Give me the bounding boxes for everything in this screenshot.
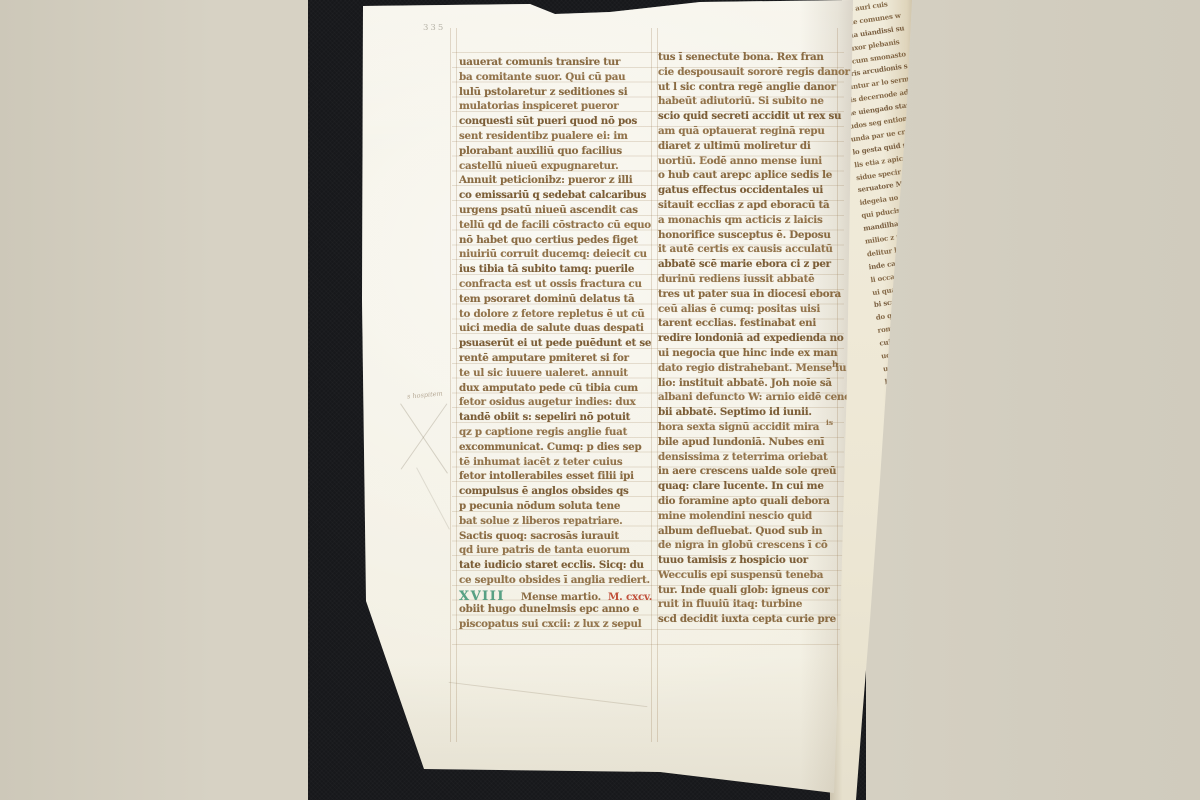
marginal-correction-mark: h: [832, 360, 838, 370]
manuscript-text-line: album defluebat. Quod sub in: [658, 524, 839, 539]
margin-scratch-mark: [400, 403, 448, 473]
manuscript-text-line: scio quid secreti accidit ut rex su: [658, 109, 839, 124]
facing-page-line: uenia del infami: [882, 345, 1013, 376]
facing-page-line: fessio directum: [909, 537, 1040, 568]
manuscript-text-line: diaret z ultimū moliretur di: [658, 139, 839, 154]
facing-page-line: uina cur euise: [906, 511, 1037, 542]
facing-page-line: la qua odut z ne: [897, 447, 1028, 478]
manuscript-text-line: ceū alias ē cumq: positas uisi: [658, 302, 839, 317]
facing-page-text: serpe auri cuissolute comunes wperua uia…: [832, 0, 1050, 644]
facing-page-line: len ouidey que: [911, 550, 1042, 581]
manuscript-text-line: ut l sic contra regē anglie danor: [658, 80, 839, 95]
manuscript-text-line: habeūt adiutoriū. Si subito ne: [658, 94, 839, 109]
manuscript-text-line: albani defuncto W: arnio eidē ceno: [658, 390, 839, 405]
facing-page-line: eou perimus qu: [916, 588, 1047, 619]
manuscript-text-line: densissima z teterrima oriebat: [658, 450, 839, 465]
manuscript-text-line: dio foramine apto quali debora: [658, 494, 839, 509]
facing-page-line: bora aqua mun: [915, 575, 1046, 606]
manuscript-text-line: honorifice susceptus ē. Deposu: [658, 228, 839, 243]
ruling-line-vertical: [456, 28, 457, 742]
manuscript-text-line: bile apud lundoniā. Nubes enī: [658, 435, 839, 450]
manuscript-text-line: sent residentibz pualere ei: im: [459, 129, 652, 144]
text-column-right: tus ī senectute bona. Rex francie despou…: [658, 50, 839, 627]
manuscript-text-line: ius tibia tā subito tamq: puerile: [459, 262, 652, 277]
left-column-text: uauerat comunis transire turba comitante…: [459, 55, 652, 588]
manuscript-text-line: uortiū. Eodē anno mense iuni: [658, 154, 839, 169]
manuscript-text-line: te ul sic iuuere ualeret. annuit: [459, 366, 652, 381]
manuscript-photo: serpe auri cuissolute comunes wperua uia…: [0, 0, 1200, 800]
manuscript-text-line: uauerat comunis transire tur: [459, 55, 652, 70]
facing-page-line: lem ouidentr qu: [891, 409, 1022, 440]
manuscript-text-line: tres ut pater sua in diocesi ebora: [658, 287, 839, 302]
rubric-month: Mense martio.: [521, 591, 601, 603]
manuscript-text-line: qd iure patris de tanta euorum: [459, 543, 652, 558]
facing-page-line: uor plurimo z d: [904, 499, 1035, 530]
facing-page-line: ta quidi cega: [918, 601, 1049, 632]
manuscript-text-line: co emissariū q sedebat calcaribus: [459, 188, 652, 203]
manuscript-text-line: ce sepulto obsides ī anglia rediert.: [459, 573, 652, 588]
manuscript-text-line: sitauit ecclias z apd eboracū tā: [658, 198, 839, 213]
facing-page-line: cuidis eccie z pic: [879, 320, 1010, 351]
folio-number: 335: [423, 23, 445, 33]
manuscript-text-line: rentē amputare pmiteret si for: [459, 351, 652, 366]
facing-page-line: terio directum e: [889, 396, 1020, 427]
rubric-year: M. cxcv.: [608, 591, 652, 603]
manuscript-text-line: cie despousauit sororē regis danor: [658, 65, 839, 80]
manuscript-text-line: bat solue z liberos repatriare.: [459, 514, 652, 529]
margin-scratch-mark: [416, 467, 450, 529]
manuscript-text-line: excommunicat. Cumq: p dies sep: [459, 440, 652, 455]
facing-page-line: uces cuido z quo: [880, 333, 1011, 364]
manuscript-text-line: mine molendini nescio quid: [658, 509, 839, 524]
manuscript-text-line: lulū pstolaretur z seditiones si: [459, 85, 652, 100]
manuscript-text-line: obiit hugo dunelmsis epc anno e: [459, 602, 652, 617]
manuscript-text-line: ui negocia que hinc inde ex man: [658, 346, 839, 361]
manuscript-text-line: tur. Inde quali glob: igneus cor: [658, 583, 839, 598]
manuscript-text-line: castellū niueū expugnaretur.: [459, 159, 652, 174]
facing-page-line: uina cum euise: [886, 371, 1017, 402]
margin-annotation: s hospitem: [407, 389, 443, 400]
manuscript-text-line: bii abbatē. Septimo id iunii.: [658, 405, 839, 420]
rubric-line: XVIIIMense martio.M. cxcv.: [459, 588, 652, 603]
manuscript-text-line: durinū rediens iussit abbatē: [658, 272, 839, 287]
manuscript-text-line: scd decidit iuxta cepta curie pre: [658, 612, 839, 627]
manuscript-text-line: piscopatus sui cxcii: z lux z sepul: [459, 617, 652, 632]
manuscript-text-line: o hub caut arepc aplice sedis le: [658, 168, 839, 183]
manuscript-text-line: urgens psatū niueū ascendit cas: [459, 203, 652, 218]
manuscript-text-line: gatus effectus occidentales ui: [658, 183, 839, 198]
manuscript-text-line: quaq: clare lucente. In cui me: [658, 479, 839, 494]
right-column-text: tus ī senectute bona. Rex francie despou…: [658, 50, 839, 627]
manuscript-text-line: fetor osidus augetur indies: dux: [459, 395, 652, 410]
manuscript-text-line: in aere crescens ualde sole qreū: [658, 464, 839, 479]
manuscript-text-line: p pecunia nōdum soluta tene: [459, 499, 652, 514]
manuscript-text-line: hora sexta signū accidit mira: [658, 420, 839, 435]
parchment-crease: [449, 682, 648, 707]
manuscript-text-line: compulsus ē anglos obsides qs: [459, 484, 652, 499]
manuscript-text-line: dux amputato pede cū tibia cum: [459, 381, 652, 396]
facing-page-line: bis plurimū z do: [884, 358, 1015, 389]
manuscript-text-line: fetor intollerabiles esset filii ipi: [459, 469, 652, 484]
facing-page-line: romane elemosi: [900, 473, 1031, 504]
manuscript-text-line: tem psoraret dominū delatus tā: [459, 292, 652, 307]
manuscript-text-line: abbatē scē marie ebora ci z per: [658, 257, 839, 272]
facing-page-line: is quadi cega el: [898, 460, 1029, 491]
facing-page-line: los pstamdo et: [907, 524, 1038, 555]
text-column-left: uauerat comunis transire turba comitante…: [459, 55, 652, 632]
manuscript-text-line: niuiriū corruit ducemq: deiecit cu: [459, 247, 652, 262]
manuscript-text-line: Sactis quoq: sacrosās iurauit: [459, 529, 652, 544]
facing-page-line: de psolue mir: [920, 613, 1051, 644]
manuscript-text-line: tate iudicio staret ecclis. Sicq: du: [459, 558, 652, 573]
manuscript-text-line: am quā optauerat reginā repu: [658, 124, 839, 139]
manuscript-text-line: tarent ecclias. festinabat eni: [658, 316, 839, 331]
facing-page-line: ipsilando et er: [888, 384, 1019, 415]
left-column-text-after-rubric: obiit hugo dunelmsis epc anno episcopatu…: [459, 602, 652, 632]
manuscript-text-line: conquesti sūt pueri quod nō pos: [459, 114, 652, 129]
manuscript-text-line: tus ī senectute bona. Rex fran: [658, 50, 839, 65]
manuscript-text-line: redire londoniā ad expedienda no: [658, 331, 839, 346]
manuscript-text-line: mulatorias inspiceret pueror: [459, 99, 652, 114]
manuscript-text-line: confracta est ut ossis fractura cu: [459, 277, 652, 292]
manuscript-text-line: de nigra in globū crescens ī cō: [658, 538, 839, 553]
facing-page-line: cuidas ecctie z p: [902, 486, 1033, 517]
manuscript-text-line: to dolore z fetore repletus ē ut cū: [459, 307, 652, 322]
chapter-numeral: XVIII: [459, 589, 505, 604]
manuscript-text-line: ruit in fluuiū itaq: turbine: [658, 597, 839, 612]
manuscript-text-line: Wecculis epi suspensū teneba: [658, 568, 839, 583]
manuscript-text-line: tē inhumat iacēt z teter cuius: [459, 455, 652, 470]
manuscript-text-line: Annuit peticionibz: pueror z illi: [459, 173, 652, 188]
manuscript-text-line: tuuo tamisis z hospicio uor: [658, 553, 839, 568]
manuscript-text-line: qz p captione regis anglie fuat: [459, 425, 652, 440]
manuscript-text-line: lio: instituit abbatē. Joh noīe sā: [658, 376, 839, 391]
manuscript-text-line: plorabant auxiliū quo facilius: [459, 144, 652, 159]
facing-page-line: cudi sue p mod: [913, 562, 1044, 593]
facing-page-line: sidus pecim oda: [895, 435, 1026, 466]
manuscript-text-line: tellū qd de facili cōstracto cū equo: [459, 218, 652, 233]
manuscript-text-line: psuaserūt ei ut pede puēdunt et se: [459, 336, 652, 351]
facing-page-line: cuda sue p mode: [893, 422, 1024, 453]
manuscript-text-line: tandē obiit s: sepeliri nō potuit: [459, 410, 652, 425]
manuscript-text-line: a monachis qm acticis z laicis: [658, 213, 839, 228]
manuscript-text-line: it autē certis ex causis acculatū: [658, 242, 839, 257]
ruling-line-vertical: [450, 28, 451, 742]
facing-page-line: do quali cuga el: [875, 294, 1006, 325]
manuscript-text-line: uici media de salute duas despati: [459, 321, 652, 336]
manuscript-text-line: nō habet quo certius pedes figet: [459, 233, 652, 248]
manuscript-page: 335 uauerat comunis transire turba comit…: [0, 0, 1200, 800]
facing-page-line: romanis elemua: [877, 307, 1008, 338]
manuscript-text-line: dato regio distrahebant. Mense iu: [658, 361, 839, 376]
marginal-correction-mark: is: [826, 418, 833, 427]
manuscript-text-line: ba comitante suor. Qui cū pau: [459, 70, 652, 85]
